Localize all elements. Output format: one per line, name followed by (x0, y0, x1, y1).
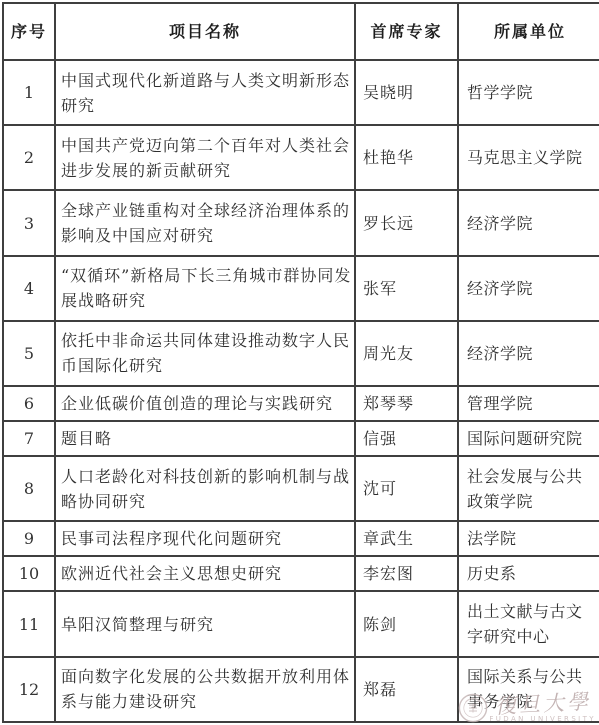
cell-no: 6 (3, 386, 55, 421)
cell-project: 题目略 (55, 421, 355, 456)
cell-expert: 沈可 (355, 456, 458, 521)
cell-expert: 章武生 (355, 521, 458, 556)
table-row: 1 中国式现代化新道路与人类文明新形态研究 吴晓明 哲学学院 (3, 60, 599, 125)
cell-unit: 出土文献与古文字研究中心 (458, 591, 599, 656)
cell-no: 5 (3, 321, 55, 386)
col-header-unit: 所属单位 (458, 3, 599, 60)
cell-expert: 李宏图 (355, 556, 458, 591)
cell-expert: 信强 (355, 421, 458, 456)
cell-project: 依托中非命运共同体建设推动数字人民币国际化研究 (55, 321, 355, 386)
table-row: 3 全球产业链重构对全球经济治理体系的影响及中国应对研究 罗长远 经济学院 (3, 190, 599, 255)
cell-expert: 张军 (355, 256, 458, 321)
col-header-no: 序号 (3, 3, 55, 60)
cell-no: 10 (3, 556, 55, 591)
cell-unit: 哲学学院 (458, 60, 599, 125)
cell-project: 阜阳汉简整理与研究 (55, 591, 355, 656)
header-row: 序号 项目名称 首席专家 所属单位 (3, 3, 599, 60)
cell-expert: 陈剑 (355, 591, 458, 656)
cell-expert: 罗长远 (355, 190, 458, 255)
cell-expert: 吴晓明 (355, 60, 458, 125)
table-row: 7 题目略 信强 国际问题研究院 (3, 421, 599, 456)
cell-no: 11 (3, 591, 55, 656)
cell-unit: 法学院 (458, 521, 599, 556)
cell-no: 2 (3, 125, 55, 190)
col-header-project: 项目名称 (55, 3, 355, 60)
cell-expert: 郑琴琴 (355, 386, 458, 421)
cell-no: 3 (3, 190, 55, 255)
cell-project: 面向数字化发展的公共数据开放利用体系与能力建设研究 (55, 657, 355, 722)
cell-project: 全球产业链重构对全球经济治理体系的影响及中国应对研究 (55, 190, 355, 255)
cell-no: 12 (3, 657, 55, 722)
cell-project: 民事司法程序现代化问题研究 (55, 521, 355, 556)
cell-unit: 国际关系与公共事务学院 (458, 657, 599, 722)
table-row: 8 人口老龄化对科技创新的影响机制与战略协同研究 沈可 社会发展与公共政策学院 (3, 456, 599, 521)
cell-project: 人口老龄化对科技创新的影响机制与战略协同研究 (55, 456, 355, 521)
cell-unit: 经济学院 (458, 190, 599, 255)
cell-project: 欧洲近代社会主义思想史研究 (55, 556, 355, 591)
table-row: 4 “双循环”新格局下长三角城市群协同发展战略研究 张军 经济学院 (3, 256, 599, 321)
cell-no: 9 (3, 521, 55, 556)
col-header-expert: 首席专家 (355, 3, 458, 60)
cell-project: “双循环”新格局下长三角城市群协同发展战略研究 (55, 256, 355, 321)
cell-no: 8 (3, 456, 55, 521)
cell-no: 1 (3, 60, 55, 125)
cell-project: 中国共产党迈向第二个百年对人类社会进步发展的新贡献研究 (55, 125, 355, 190)
cell-unit: 历史系 (458, 556, 599, 591)
cell-project: 企业低碳价值创造的理论与实践研究 (55, 386, 355, 421)
cell-unit: 管理学院 (458, 386, 599, 421)
cell-expert: 郑磊 (355, 657, 458, 722)
table-row: 12 面向数字化发展的公共数据开放利用体系与能力建设研究 郑磊 国际关系与公共事… (3, 657, 599, 722)
cell-unit: 经济学院 (458, 321, 599, 386)
table-row: 10 欧洲近代社会主义思想史研究 李宏图 历史系 (3, 556, 599, 591)
cell-unit: 经济学院 (458, 256, 599, 321)
table-row: 2 中国共产党迈向第二个百年对人类社会进步发展的新贡献研究 杜艳华 马克思主义学… (3, 125, 599, 190)
cell-unit: 马克思主义学院 (458, 125, 599, 190)
cell-unit: 社会发展与公共政策学院 (458, 456, 599, 521)
cell-unit: 国际问题研究院 (458, 421, 599, 456)
table-row: 9 民事司法程序现代化问题研究 章武生 法学院 (3, 521, 599, 556)
table-row: 5 依托中非命运共同体建设推动数字人民币国际化研究 周光友 经济学院 (3, 321, 599, 386)
projects-table: 序号 项目名称 首席专家 所属单位 1 中国式现代化新道路与人类文明新形态研究 … (2, 2, 599, 723)
cell-no: 7 (3, 421, 55, 456)
document-page: 序号 项目名称 首席专家 所属单位 1 中国式现代化新道路与人类文明新形态研究 … (0, 0, 599, 725)
cell-expert: 杜艳华 (355, 125, 458, 190)
cell-no: 4 (3, 256, 55, 321)
cell-expert: 周光友 (355, 321, 458, 386)
table-row: 6 企业低碳价值创造的理论与实践研究 郑琴琴 管理学院 (3, 386, 599, 421)
cell-project: 中国式现代化新道路与人类文明新形态研究 (55, 60, 355, 125)
table-row: 11 阜阳汉简整理与研究 陈剑 出土文献与古文字研究中心 (3, 591, 599, 656)
